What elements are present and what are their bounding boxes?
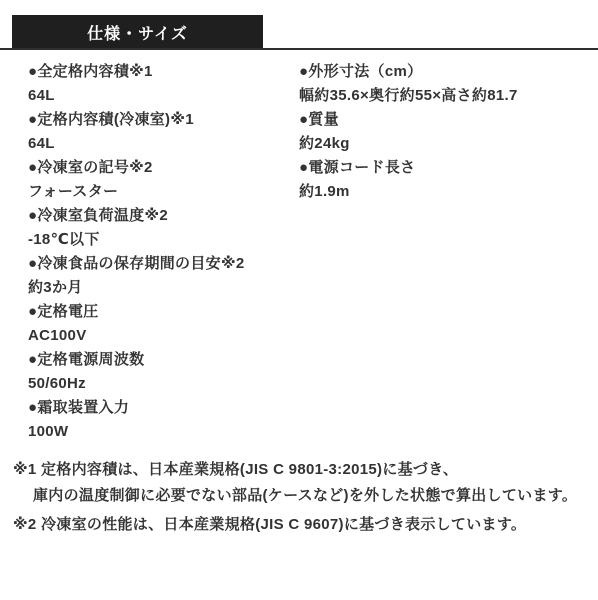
spec-label: ●外形寸法（cm） [299, 60, 518, 84]
spec-value: 幅約35.6×奥行約55×高さ約81.7 [299, 84, 518, 108]
spec-column-right: ●外形寸法（cm） 幅約35.6×奥行約55×高さ約81.7 ●質量 約24kg… [299, 60, 518, 204]
spec-value: 約1.9m [299, 180, 518, 204]
footnote-line: 庫内の温度制御に必要でない部品(ケースなど)を外した状態で算出しています。 [33, 483, 577, 509]
spec-value: AC100V [28, 324, 245, 348]
spec-label: ●冷凍室の記号※2 [28, 156, 245, 180]
spec-label: ●冷凍室負荷温度※2 [28, 204, 245, 228]
spec-label: ●全定格内容積※1 [28, 60, 245, 84]
spec-value: フォースター [28, 180, 245, 204]
section-title: 仕様・サイズ [87, 21, 188, 44]
spec-label: ●質量 [299, 108, 518, 132]
spec-value: 64L [28, 132, 245, 156]
section-header-tab: 仕様・サイズ [12, 15, 263, 49]
footnote-line: ※2 冷凍室の性能は、日本産業規格(JIS C 9607)に基づき表示しています… [13, 512, 577, 538]
spec-value: -18℃以下 [28, 228, 245, 252]
spec-section: 仕様・サイズ ●全定格内容積※1 64L ●定格内容積(冷凍室)※1 64L ●… [0, 0, 598, 600]
spec-value: 約3か月 [28, 276, 245, 300]
spec-label: ●霜取装置入力 [28, 396, 245, 420]
spec-label: ●定格電圧 [28, 300, 245, 324]
spec-value: 50/60Hz [28, 372, 245, 396]
footnote-1: ※1 定格内容積は、日本産業規格(JIS C 9801-3:2015)に基づき、… [13, 457, 577, 509]
spec-value: 64L [28, 84, 245, 108]
footnote-line: ※1 定格内容積は、日本産業規格(JIS C 9801-3:2015)に基づき、 [13, 457, 577, 483]
spec-label: ●定格内容積(冷凍室)※1 [28, 108, 245, 132]
spec-label: ●冷凍食品の保存期間の目安※2 [28, 252, 245, 276]
spec-value: 100W [28, 420, 245, 444]
footnote-2: ※2 冷凍室の性能は、日本産業規格(JIS C 9607)に基づき表示しています… [13, 512, 577, 538]
footnotes: ※1 定格内容積は、日本産業規格(JIS C 9801-3:2015)に基づき、… [13, 457, 577, 538]
spec-value: 約24kg [299, 132, 518, 156]
divider-line [0, 48, 598, 50]
spec-label: ●定格電源周波数 [28, 348, 245, 372]
spec-label: ●電源コード長さ [299, 156, 518, 180]
spec-column-left: ●全定格内容積※1 64L ●定格内容積(冷凍室)※1 64L ●冷凍室の記号※… [28, 60, 245, 444]
